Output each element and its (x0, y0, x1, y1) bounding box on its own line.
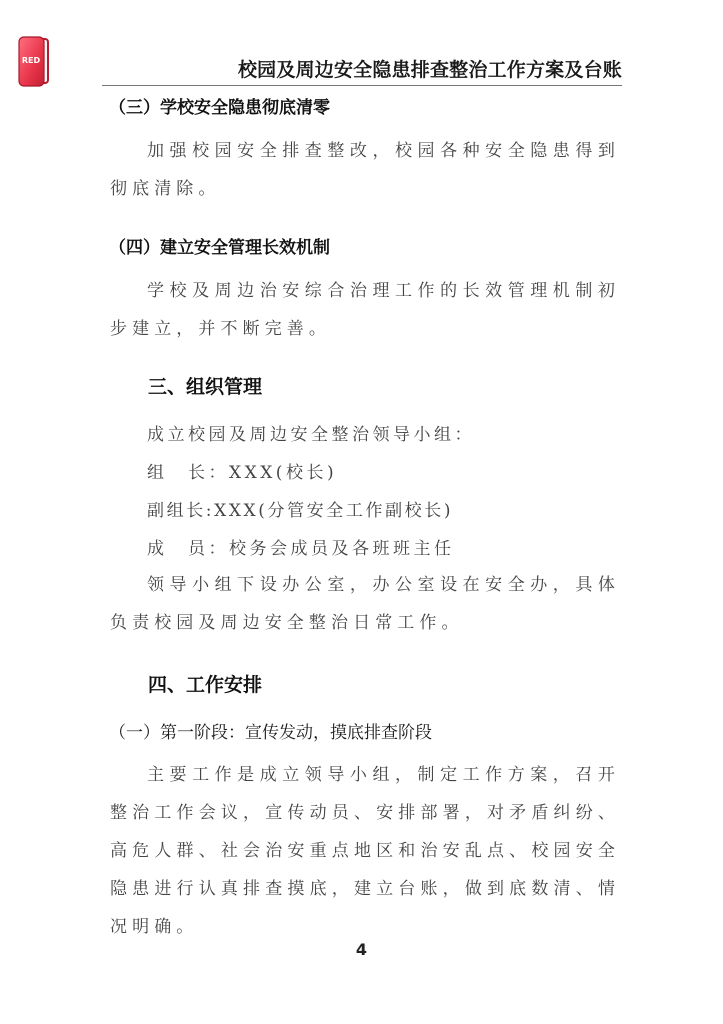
org-members: 成 员：校务会成员及各班班主任 (147, 534, 455, 559)
header-divider (102, 85, 622, 86)
subsection-heading: （三）学校安全隐患彻底清零 (109, 93, 620, 118)
paragraph: 加强校园安全排查整改，校园各种安全隐患得到彻底清除。 (110, 132, 620, 208)
red-book-logo-icon: RED (17, 34, 51, 88)
org-leader: 组 长：XXX(校长) (147, 458, 337, 483)
page-number: 4 (0, 940, 723, 959)
document-header-title: 校园及周边安全隐患排查整治工作方案及台账 (226, 55, 622, 82)
section-heading: 三、组织管理 (148, 372, 658, 399)
svg-text:RED: RED (22, 56, 41, 65)
subsection-heading: （四）建立安全管理长效机制 (109, 233, 620, 258)
paragraph: 领导小组下设办公室，办公室设在安全办，具体负责校园及周边安全整治日常工作。 (110, 566, 620, 642)
section-heading: 四、工作安排 (148, 670, 658, 697)
subsection-heading: （一）第一阶段：宣传发动，摸底排查阶段 (109, 718, 620, 743)
paragraph: 主要工作是成立领导小组，制定工作方案，召开整治工作会议，宣传动员、安排部署，对矛… (110, 756, 620, 946)
paragraph: 学校及周边治安综合治理工作的长效管理机制初步建立，并不断完善。 (110, 272, 620, 348)
org-deputy: 副组长:XXX(分管安全工作副校长) (147, 496, 453, 521)
org-intro: 成立校园及周边安全整治领导小组： (147, 420, 475, 445)
